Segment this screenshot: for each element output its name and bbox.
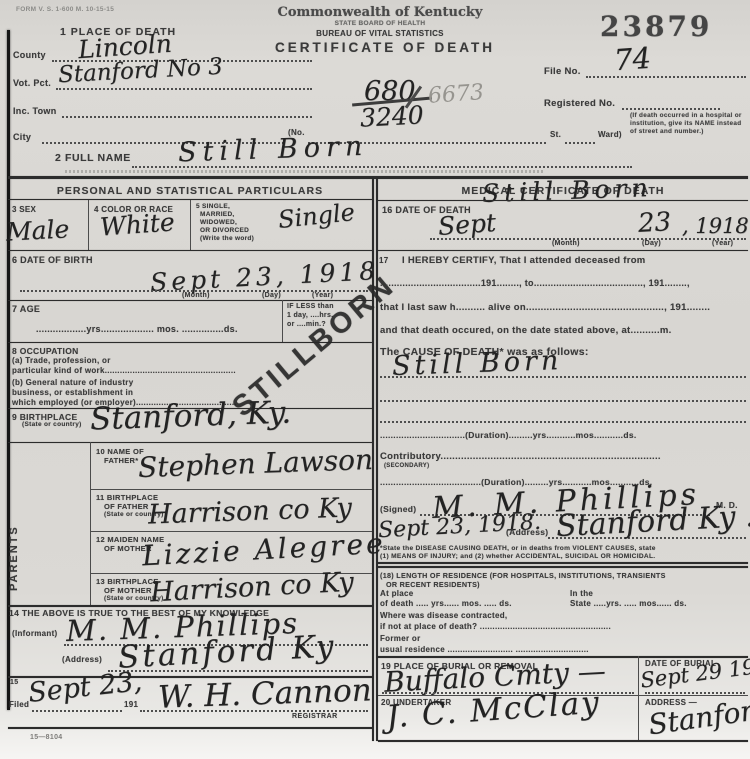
- death-certificate-scan: FORM V. S. 1-600 M. 10-15-15 1 PLACE OF …: [0, 0, 750, 759]
- residence-in-state-line2: State .....yrs. ..... mos...... ds.: [570, 599, 687, 608]
- duration-line-1: ................................(Duratio…: [380, 430, 637, 440]
- form-code: FORM V. S. 1-600 M. 10-15-15: [16, 6, 114, 13]
- registered-note: (If death occurred in a hospital or inst…: [630, 112, 744, 136]
- date-of-death-line: [430, 238, 746, 240]
- residence-at-place-line1: At place: [380, 589, 414, 598]
- filed-label: Filed: [9, 700, 29, 709]
- city-label: City: [13, 132, 31, 142]
- residence-in-state-line1: In the: [570, 589, 593, 598]
- right-bottom-rule: [378, 740, 748, 742]
- occupation-label: 8 OCCUPATION: [12, 346, 79, 356]
- dod-day-label: (Day): [642, 240, 661, 247]
- dob-row-rule: [8, 300, 372, 301]
- father-name-rule: [90, 489, 372, 490]
- registered-no-label: Registered No.: [544, 98, 615, 109]
- cause-line-2: [380, 400, 746, 402]
- residence-at-place-line2: of death ..... yrs...... mos. ..... ds.: [380, 599, 512, 608]
- residence-title-line1: (18) LENGTH OF RESIDENCE (FOR HOSPITALS,…: [380, 571, 666, 580]
- code-bottom-value: 3240: [359, 100, 424, 132]
- medical-double-rule-bottom: [378, 566, 748, 568]
- filed-item-number: 15: [10, 679, 18, 686]
- full-name-label: 2 FULL NAME: [55, 152, 131, 164]
- dod-row-rule: [378, 250, 748, 251]
- cause-line-3: [380, 421, 746, 423]
- file-no-value: 74: [613, 41, 652, 77]
- parents-side-label: PARENTS: [8, 525, 20, 591]
- dob-label: 6 DATE OF BIRTH: [12, 255, 93, 265]
- certify-line4: and that death occured, on the date stat…: [380, 325, 672, 336]
- father-name-value: Stephen Lawson: [137, 443, 373, 484]
- race-marital-divider: [190, 200, 191, 250]
- marital-note: (Write the word): [200, 235, 254, 242]
- medical-double-rule-top: [378, 562, 748, 564]
- date-of-death-year: , 1918: [682, 214, 749, 238]
- street-label: St.: [550, 130, 561, 139]
- full-name-value: Still Born: [178, 131, 369, 169]
- race-value: White: [99, 207, 175, 241]
- inc-town-label: Inc. Town: [13, 106, 57, 116]
- precinct-label: Vot. Pct.: [13, 78, 51, 88]
- dob-year-label: (Year): [312, 292, 333, 299]
- dob-day-label: (Day): [262, 292, 281, 299]
- residence-former-line2: usual residence ........................…: [380, 645, 589, 654]
- state-board-subtitle: STATE BOARD OF HEALTH: [255, 20, 505, 27]
- residence-contracted-line2: if not at place of death? ..............…: [380, 622, 611, 631]
- bureau-subtitle: BUREAU OF VITAL STATISTICS: [255, 29, 505, 38]
- occupation-a-line2: particular kind of work.................…: [12, 366, 236, 375]
- birthplace-value: Stanford, Ky.: [89, 395, 291, 438]
- left-bottom-rule: [8, 727, 372, 729]
- contributory-label: Contributory............................…: [380, 451, 661, 462]
- date-of-death-month: Sept: [437, 208, 497, 241]
- dob-month-label: (Month): [182, 292, 210, 299]
- sex-label: 3 SEX: [12, 205, 36, 214]
- certificate-number-stamp: 23879: [600, 10, 712, 43]
- cause-footnote-line2: (1) MEANS OF INJURY; and (2) whether ACC…: [380, 553, 655, 560]
- commonwealth-title: Commonwealth of Kentucky: [255, 5, 505, 20]
- residence-title-line2: OR RECENT RESIDENTS): [386, 580, 480, 589]
- cause-footnote-line1: *State the DISEASE CAUSING DEATH, or in …: [380, 545, 656, 552]
- sex-row-rule: [8, 250, 372, 251]
- medical-title-rule: [378, 200, 748, 201]
- date-of-death-day: 23: [637, 207, 672, 239]
- county-label: County: [13, 50, 46, 60]
- marital-label-line4: OR DIVORCED: [200, 227, 249, 234]
- dod-month-label: (Month): [552, 240, 580, 247]
- file-no-line: [586, 76, 746, 78]
- inc-town-line: [62, 116, 312, 118]
- certificate-of-death-title: CERTIFICATE OF DEATH: [250, 40, 520, 55]
- occupation-b-line2: business, or establishment in: [12, 388, 133, 397]
- age-units-line: ..................yrs...................…: [36, 324, 238, 334]
- residence-contracted-line1: Where was disease contracted,: [380, 611, 507, 620]
- mother-birthplace-label-line2: OF MOTHER: [104, 586, 152, 595]
- registrar-label: REGISTRAR: [292, 713, 338, 720]
- father-name-label-line2: FATHER*: [104, 456, 138, 465]
- parents-box-divider: [90, 442, 91, 607]
- code-pencil-value: 6673: [427, 80, 485, 109]
- informant-address-label: (Address): [62, 655, 102, 664]
- certify-line2: ....................................191.…: [380, 278, 690, 288]
- cause-line-1: [380, 376, 746, 378]
- parents-bottom-rule: [8, 605, 372, 607]
- mother-name-value: Lizzie Alegree: [141, 527, 386, 573]
- file-no-label: File No.: [544, 66, 581, 77]
- filed-year-printed: 191: [124, 700, 138, 709]
- certify-line1: I HEREBY CERTIFY, That I attended deceas…: [402, 255, 646, 266]
- occupation-b-line1: (b) General nature of industry: [12, 378, 133, 387]
- street-line: [565, 142, 595, 144]
- registered-no-line: [622, 108, 720, 110]
- informant-label: (Informant): [12, 629, 58, 638]
- age-label: 7 AGE: [12, 304, 40, 314]
- signed-label: (Signed): [380, 504, 416, 514]
- plate-code: 15—8104: [30, 734, 62, 741]
- ward-label: Ward): [598, 130, 622, 139]
- occupation-a-line1: (a) Trade, profession, or: [12, 356, 111, 365]
- burial-date-line: [645, 692, 745, 694]
- marital-label-line3: WIDOWED,: [200, 219, 237, 226]
- certify-item-number: 17: [379, 256, 389, 265]
- father-birthplace-label-line2: OF FATHER: [104, 502, 149, 511]
- marital-label-line1: 5 SINGLE,: [196, 203, 230, 210]
- father-birthplace-value: Harrison co Ky: [148, 492, 353, 530]
- micro-print-strip: [65, 170, 545, 173]
- medical-overwrite-value: Still Born: [482, 173, 654, 208]
- marital-value: Single: [277, 198, 356, 234]
- registrar-signature: W. H. Cannon: [157, 672, 372, 715]
- sex-value: Male: [5, 214, 70, 246]
- birthplace-row-rule: [8, 442, 372, 443]
- sex-race-divider: [88, 200, 89, 250]
- certify-line3: that I last saw h.......... alive on....…: [380, 302, 710, 313]
- residence-former-line1: Former or: [380, 634, 421, 643]
- if-less-note-line1: IF LESS than: [287, 303, 334, 310]
- marital-label-line2: MARRIED,: [200, 211, 235, 218]
- precinct-line: [56, 88, 312, 90]
- age-box-divider: [282, 300, 283, 342]
- dod-year-label: (Year): [712, 240, 733, 247]
- physician-address-label: (Address): [506, 527, 548, 537]
- personal-section-title: PERSONAL AND STATISTICAL PARTICULARS: [8, 185, 372, 197]
- secondary-note: (SECONDARY): [384, 463, 429, 469]
- filed-date-line: [32, 710, 122, 712]
- birthplace-note: (State or country): [22, 421, 82, 428]
